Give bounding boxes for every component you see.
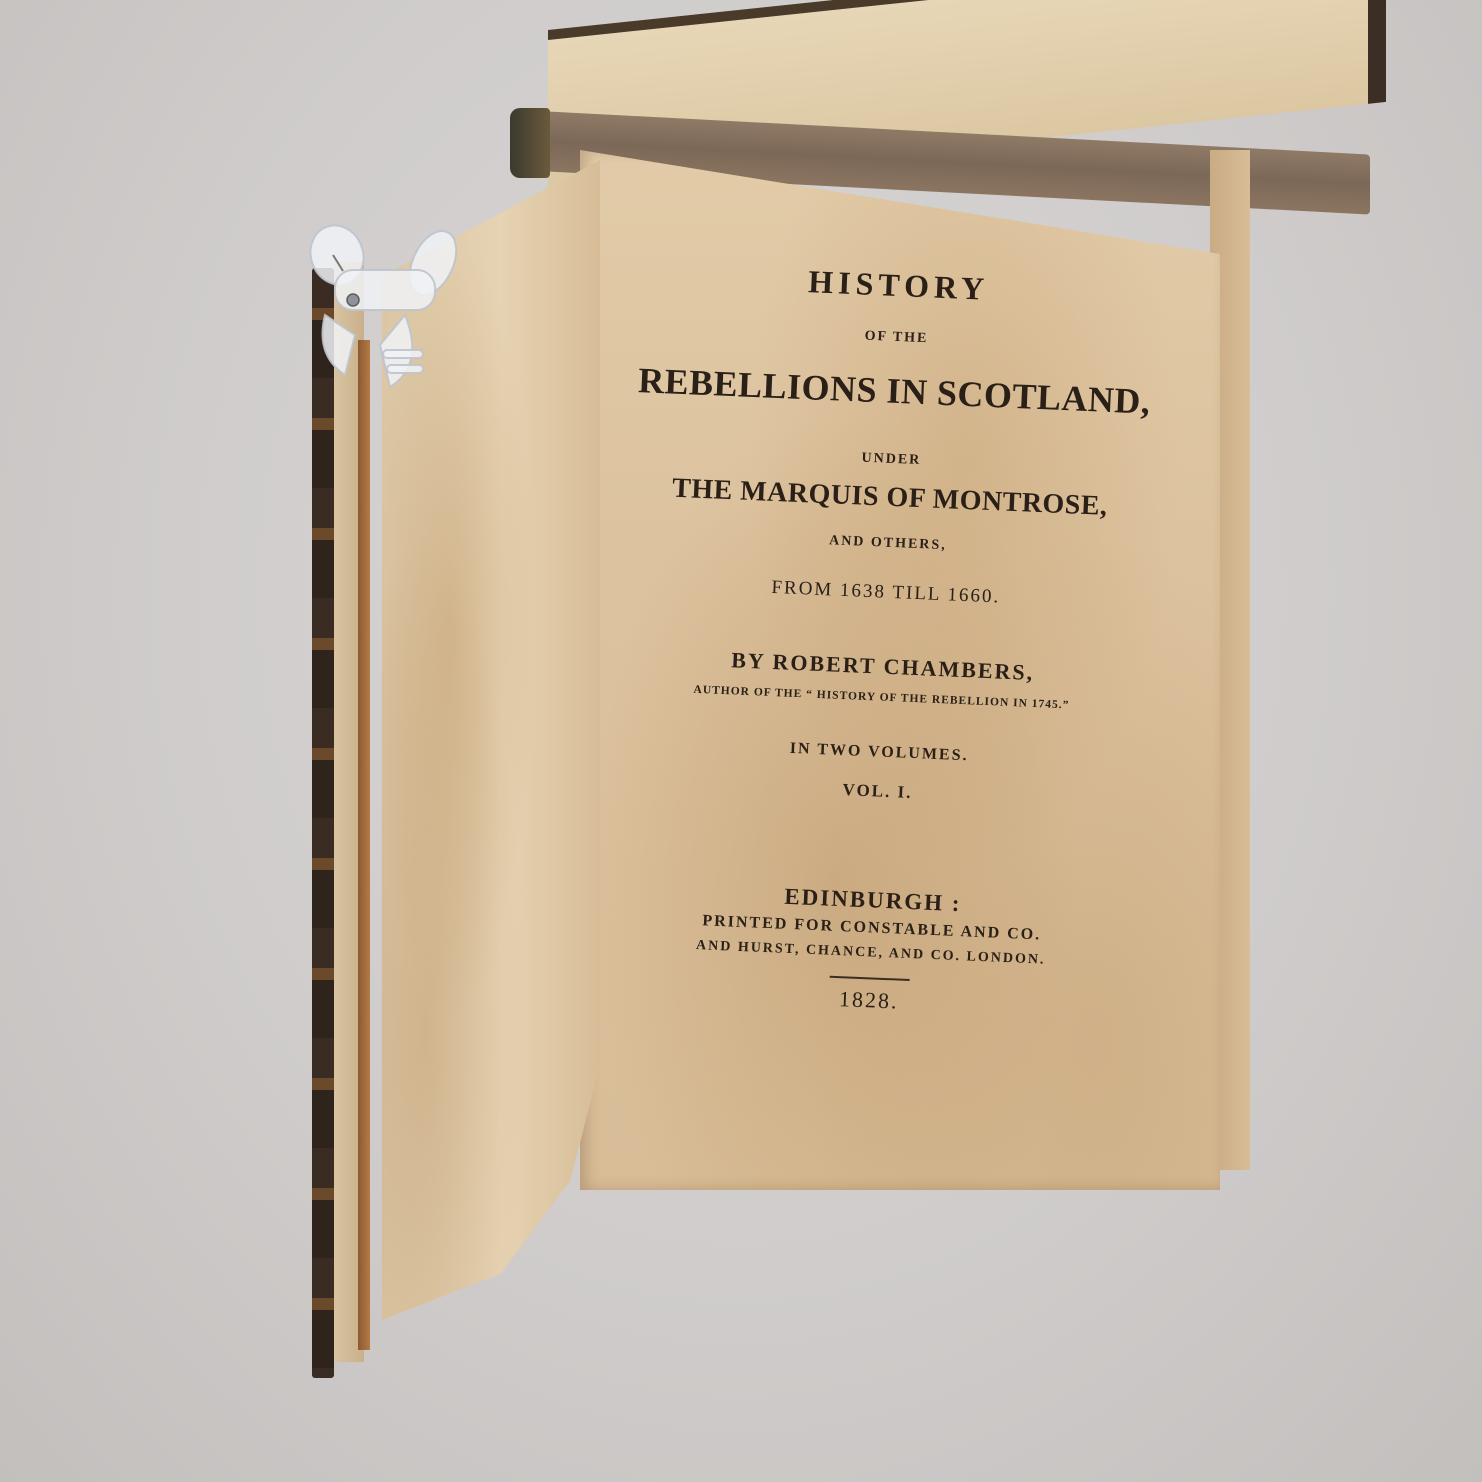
clear-hair-clip-icon [295,215,475,395]
title-rebellions: REBELLIONS IN SCOTLAND, [594,357,1195,424]
volume-number: VOL. I. [577,769,1177,814]
flyleaf-page-edges [358,340,370,1350]
title-marquis: THE MARQUIS OF MONTROSE, [589,469,1190,526]
spine-head [510,108,550,178]
front-cover-edge [312,268,334,1378]
title-of-the: OF THE [596,317,1196,358]
title-page-text: HISTORY OF THE REBELLIONS IN SCOTLAND, U… [568,242,1199,1025]
imprint-rule [830,976,910,981]
volumes-line: IN TWO VOLUMES. [579,731,1179,774]
title-history: HISTORY [598,254,1199,316]
title-dates: FROM 1638 TILL 1660. [586,569,1186,616]
title-others: AND OTHERS, [588,523,1188,564]
